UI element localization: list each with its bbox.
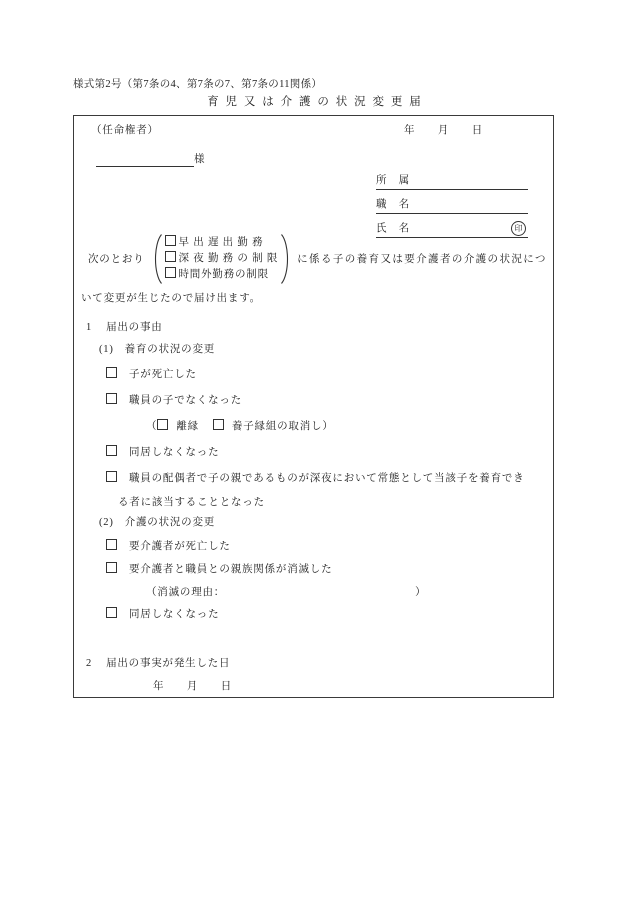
nursing-item-label: 同居しなくなった xyxy=(129,609,219,620)
affiliation-label: 所 属 xyxy=(376,175,410,186)
preamble-after-brace: に係る子の養育又は要介護者の介護の状況につ xyxy=(297,252,547,267)
nursing-subsection-heading: (2)介護の状況の変更 xyxy=(99,515,215,530)
document-page: 様式第2号（第7条の4、第7条の7、第7条の11関係） 育 児 又 は 介 護 … xyxy=(0,0,630,903)
childcare-subsection-number: (1) xyxy=(99,342,114,357)
no-longer-employees-child-checkbox[interactable] xyxy=(106,393,117,404)
right-paren-icon xyxy=(280,233,292,285)
childcare-subsection-title: 養育の状況の変更 xyxy=(125,344,215,355)
section2-number: 2 xyxy=(86,656,92,671)
adoption-cancel-checkbox[interactable] xyxy=(213,419,224,430)
left-paren-icon xyxy=(151,233,163,285)
preamble-continuation: いて変更が生じたので届け出ます。 xyxy=(81,291,261,306)
section2-title: 届出の事実が発生した日 xyxy=(106,658,230,669)
kinship-extinguished-checkbox[interactable] xyxy=(106,562,117,573)
form-body-frame: （任命権者） 年 月 日 様 所 属 職 名 氏 名 印 次のとおり 早 出 遅… xyxy=(73,115,554,698)
date-line-bottom: 年 月 日 xyxy=(153,679,232,694)
section1-title: 届出の事由 xyxy=(106,322,163,333)
close-paren: ） xyxy=(322,421,333,432)
job-title-label: 職 名 xyxy=(376,199,410,210)
nursing-no-longer-cohabiting-checkbox[interactable] xyxy=(106,607,117,618)
early-late-shift-checkbox[interactable] xyxy=(165,235,176,246)
dissolution-option-label: 養子縁組の取消し xyxy=(232,421,322,432)
extinction-reason-close: ） xyxy=(415,587,426,598)
addressee-line: 様 xyxy=(96,152,205,167)
nursing-item-label: 要介護者と職員との親族関係が消滅した xyxy=(129,564,332,575)
form-title: 育 児 又 は 介 護 の 状 況 変 更 届 xyxy=(0,93,630,109)
childcare-subsection-heading: (1)養育の状況の変更 xyxy=(99,342,215,357)
nursing-item: 要介護者と職員との親族関係が消滅した xyxy=(106,562,332,577)
night-work-limit-checkbox[interactable] xyxy=(165,251,176,262)
work-option: 早 出 遅 出 勤 務 xyxy=(165,235,279,251)
open-paren: （ xyxy=(146,421,157,432)
section2-heading: 2届出の事実が発生した日 xyxy=(86,656,230,671)
work-option: 時間外勤務の制限 xyxy=(165,267,279,283)
work-option-label: 深 夜 勤 務 の 制 限 xyxy=(179,253,279,264)
dissolution-options-line: （離縁養子縁組の取消し） xyxy=(146,419,334,434)
extinction-reason-line: （消滅の理由：） xyxy=(146,585,426,600)
childcare-item: 同居しなくなった xyxy=(106,445,219,460)
date-line-top: 年 月 日 xyxy=(404,123,483,138)
no-longer-cohabiting-checkbox[interactable] xyxy=(106,445,117,456)
form-number: 様式第2号（第7条の4、第7条の7、第7条の11関係） xyxy=(73,76,322,91)
section1-heading: 1届出の事由 xyxy=(86,320,163,335)
child-died-checkbox[interactable] xyxy=(106,367,117,378)
childcare-item: 職員の配偶者で子の親であるものが深夜において常態として当該子を養育でき xyxy=(106,471,525,486)
addressee-blank-field[interactable] xyxy=(96,153,194,167)
work-option-label: 時間外勤務の制限 xyxy=(179,269,269,280)
care-recipient-died-checkbox[interactable] xyxy=(106,539,117,550)
nursing-item: 要介護者が死亡した xyxy=(106,539,231,554)
affiliation-field[interactable]: 所 属 xyxy=(376,173,528,190)
preamble: 次のとおり 早 出 遅 出 勤 務 深 夜 勤 務 の 制 限 時間外勤務の制限… xyxy=(88,233,547,285)
honorific-label: 様 xyxy=(194,154,205,165)
nursing-subsection-title: 介護の状況の変更 xyxy=(125,517,215,528)
work-option: 深 夜 勤 務 の 制 限 xyxy=(165,251,279,267)
job-title-field[interactable]: 職 名 xyxy=(376,197,528,214)
nursing-subsection-number: (2) xyxy=(99,515,114,530)
preamble-lead: 次のとおり xyxy=(88,252,145,267)
spouse-can-care-checkbox[interactable] xyxy=(106,471,117,482)
nursing-item-label: 要介護者が死亡した xyxy=(129,541,231,552)
work-option-label: 早 出 遅 出 勤 務 xyxy=(179,237,264,248)
dissolution-divorce-checkbox[interactable] xyxy=(157,419,168,430)
childcare-item-label: 同居しなくなった xyxy=(129,447,219,458)
overtime-limit-checkbox[interactable] xyxy=(165,267,176,278)
childcare-item-wrap-line: る者に該当することとなった xyxy=(118,495,265,510)
childcare-item-label: 職員の子でなくなった xyxy=(129,395,242,406)
nursing-item: 同居しなくなった xyxy=(106,607,219,622)
section1-number: 1 xyxy=(86,320,92,335)
childcare-item-label: 職員の配偶者で子の親であるものが深夜において常態として当該子を養育でき xyxy=(129,473,525,484)
childcare-item: 子が死亡した xyxy=(106,367,197,382)
childcare-item: 職員の子でなくなった xyxy=(106,393,242,408)
dissolution-option-label: 離縁 xyxy=(176,421,199,432)
extinction-reason-open: （消滅の理由： xyxy=(146,587,225,598)
childcare-item-label: 子が死亡した xyxy=(129,369,197,380)
work-option-list: 早 出 遅 出 勤 務 深 夜 勤 務 の 制 限 時間外勤務の制限 xyxy=(165,235,279,283)
appointing-authority-label: （任命権者） xyxy=(91,123,159,138)
